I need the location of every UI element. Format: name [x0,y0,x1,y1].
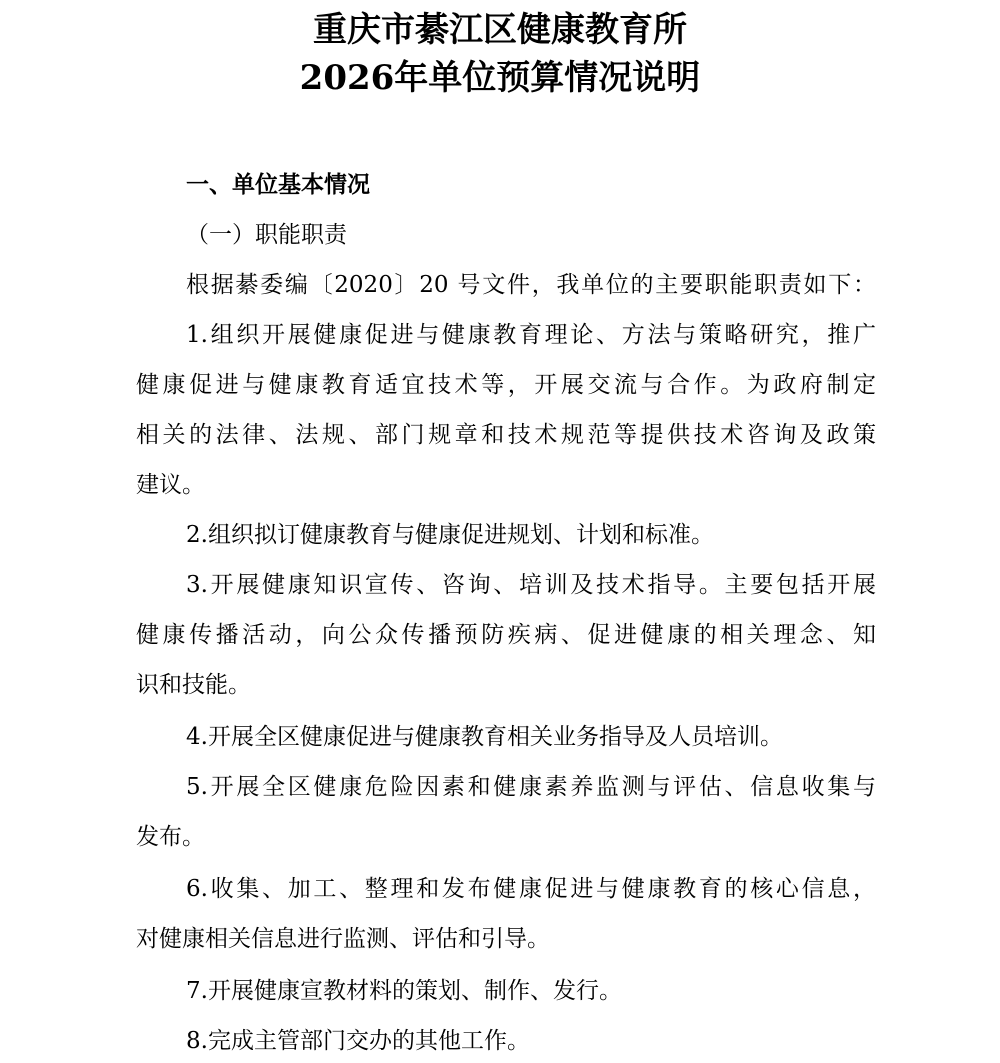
duty-6-line-1: 6.收集、加工、整理和发布健康促进与健康教育的核心信息， [186,874,876,904]
document-title-line-1: 重庆市綦江区健康教育所 [0,10,1000,50]
document-title-line-2: 2026年单位预算情况说明 [0,58,1000,98]
duty-6-line-2: 对健康相关信息进行监测、评估和引导。 [136,924,550,954]
duty-1-line-4: 建议。 [136,470,205,500]
duty-7-line-1: 7.开展健康宣教材料的策划、制作、发行。 [186,976,622,1006]
duty-2-line-1: 2.组织拟订健康教育与健康促进规划、计划和标准。 [186,520,714,550]
intro-paragraph: 根据綦委编〔2020〕20 号文件，我单位的主要职能职责如下： [186,270,876,300]
duty-8-line-1: 8.完成主管部门交办的其他工作。 [186,1026,530,1056]
duty-5-line-1: 5.开展全区健康危险因素和健康素养监测与评估、信息收集与 [186,772,876,802]
duty-5-line-2: 发布。 [136,822,205,852]
duty-3-line-3: 识和技能。 [136,670,251,700]
duty-4-line-1: 4.开展全区健康促进与健康教育相关业务指导及人员培训。 [186,722,783,752]
duty-3-line-2: 健康传播活动，向公众传播预防疾病、促进健康的相关理念、知 [136,620,876,650]
section-heading: 一、单位基本情况 [186,170,370,200]
subsection-heading: （一）职能职责 [186,220,347,250]
duty-1-line-2: 健康促进与健康教育适宜技术等，开展交流与合作。为政府制定 [136,370,876,400]
duty-3-line-1: 3.开展健康知识宣传、咨询、培训及技术指导。主要包括开展 [186,570,876,600]
duty-1-line-1: 1.组织开展健康促进与健康教育理论、方法与策略研究，推广 [186,320,876,350]
duty-1-line-3: 相关的法律、法规、部门规章和技术规范等提供技术咨询及政策 [136,420,876,450]
